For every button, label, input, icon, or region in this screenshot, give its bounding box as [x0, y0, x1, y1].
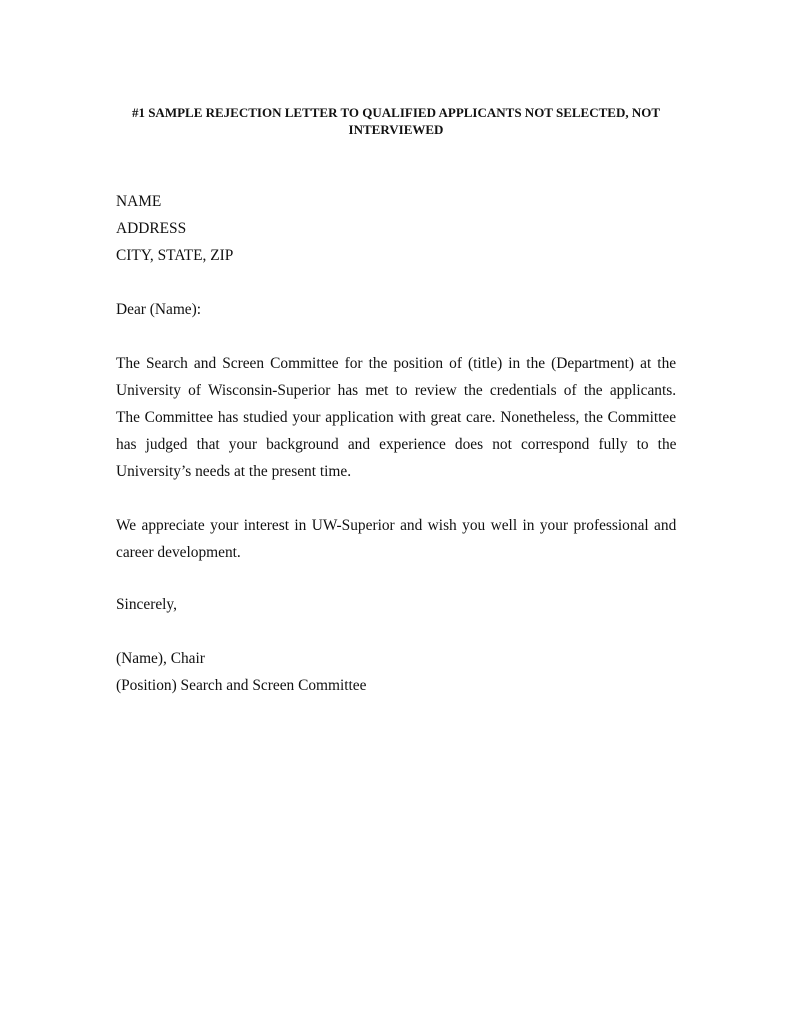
body-paragraph-1: The Search and Screen Committee for the …	[116, 350, 676, 485]
signature-name: (Name), Chair	[116, 645, 205, 672]
body-paragraph-2-line: We appreciate your interest in UW-Superi…	[116, 512, 676, 539]
letter-title-line-2: INTERVIEWED	[116, 121, 676, 138]
body-paragraph-2: We appreciate your interest in UW-Superi…	[116, 512, 676, 566]
letter-title-line-1: #1 SAMPLE REJECTION LETTER TO QUALIFIED …	[116, 104, 676, 121]
body-paragraph-1-line: The Committee has studied your applicati…	[116, 404, 676, 431]
recipient-address: ADDRESS	[116, 215, 186, 242]
letter-title: #1 SAMPLE REJECTION LETTER TO QUALIFIED …	[116, 104, 676, 138]
letter-page: #1 SAMPLE REJECTION LETTER TO QUALIFIED …	[0, 0, 791, 1024]
closing: Sincerely,	[116, 591, 177, 618]
body-paragraph-2-line: career development.	[116, 539, 676, 566]
body-paragraph-1-line: University’s needs at the present time.	[116, 458, 676, 485]
recipient-name: NAME	[116, 188, 161, 215]
salutation: Dear (Name):	[116, 296, 201, 323]
body-paragraph-1-line: The Search and Screen Committee for the …	[116, 350, 676, 377]
body-paragraph-1-line: University of Wisconsin-Superior has met…	[116, 377, 676, 404]
body-paragraph-1-line: has judged that your background and expe…	[116, 431, 676, 458]
recipient-city-state-zip: CITY, STATE, ZIP	[116, 242, 233, 269]
signature-position: (Position) Search and Screen Committee	[116, 672, 366, 699]
